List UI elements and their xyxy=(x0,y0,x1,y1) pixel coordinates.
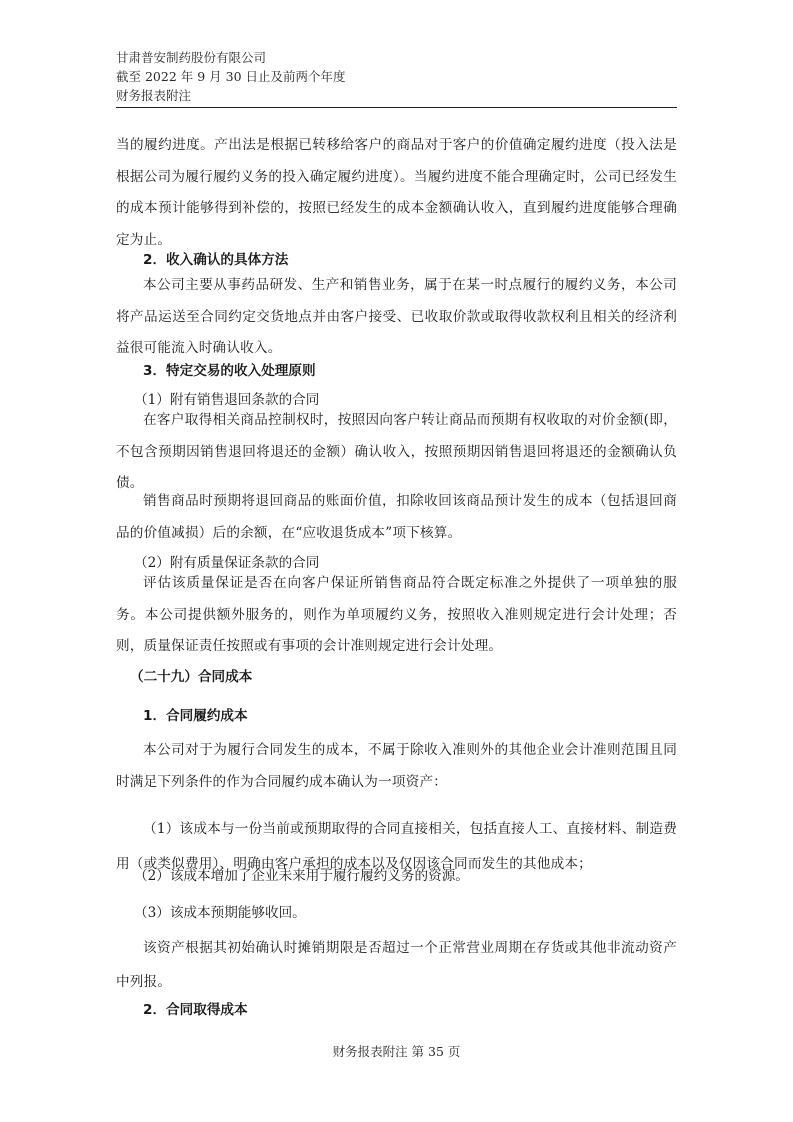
heading-fulfillment-cost: 1．合同履约成本 xyxy=(143,706,248,726)
paragraph-asset-presentation: 该资产根据其初始确认时摊销期限是否超过一个正常营业周期在存货或其他非流动资产中列… xyxy=(116,931,677,999)
heading-acquisition-cost: 2．合同取得成本 xyxy=(143,1000,248,1020)
condition-3: （3）该成本预期能够收回。 xyxy=(134,903,306,923)
paragraph-return-cost: 销售商品时预期将退回商品的账面价值，扣除收回该商品预计发生的成本（包括退回商品的… xyxy=(116,486,677,549)
page-footer: 财务报表附注 第 35 页 xyxy=(0,1042,793,1060)
report-period: 截至 2022 年 9 月 30 日止及前两个年度 xyxy=(116,67,677,86)
company-name: 甘肃普安制药股份有限公司 xyxy=(116,48,677,67)
document-title: 财务报表附注 xyxy=(116,86,677,105)
heading-special-transactions: 3．特定交易的收入处理原则 xyxy=(143,361,316,381)
condition-2: （2）该成本增加了企业未来用于履行履约义务的资源。 xyxy=(134,866,469,886)
paragraph-warranty: 评估该质量保证是否在向客户保证所销售商品符合既定标准之外提供了一项单独的服务。本… xyxy=(116,568,677,663)
heading-revenue-method: 2．收入确认的具体方法 xyxy=(143,250,288,270)
paragraph-progress: 当的履约进度。产出法是根据已转移给客户的商品对于客户的价值确定履约进度（投入法是… xyxy=(116,130,677,256)
page-header: 甘肃普安制药股份有限公司 截至 2022 年 9 月 30 日止及前两个年度 财… xyxy=(116,48,677,105)
paragraph-fulfillment-cost: 本公司对于为履行合同发生的成本，不属于除收入准则外的其他企业会计准则范围且同时满… xyxy=(116,735,677,798)
header-divider xyxy=(116,107,677,108)
paragraph-revenue-method: 本公司主要从事药品研发、生产和销售业务，属于在某一时点履行的履约义务，本公司将产… xyxy=(116,270,677,365)
section-contract-cost: （二十九）合同成本 xyxy=(130,667,252,687)
